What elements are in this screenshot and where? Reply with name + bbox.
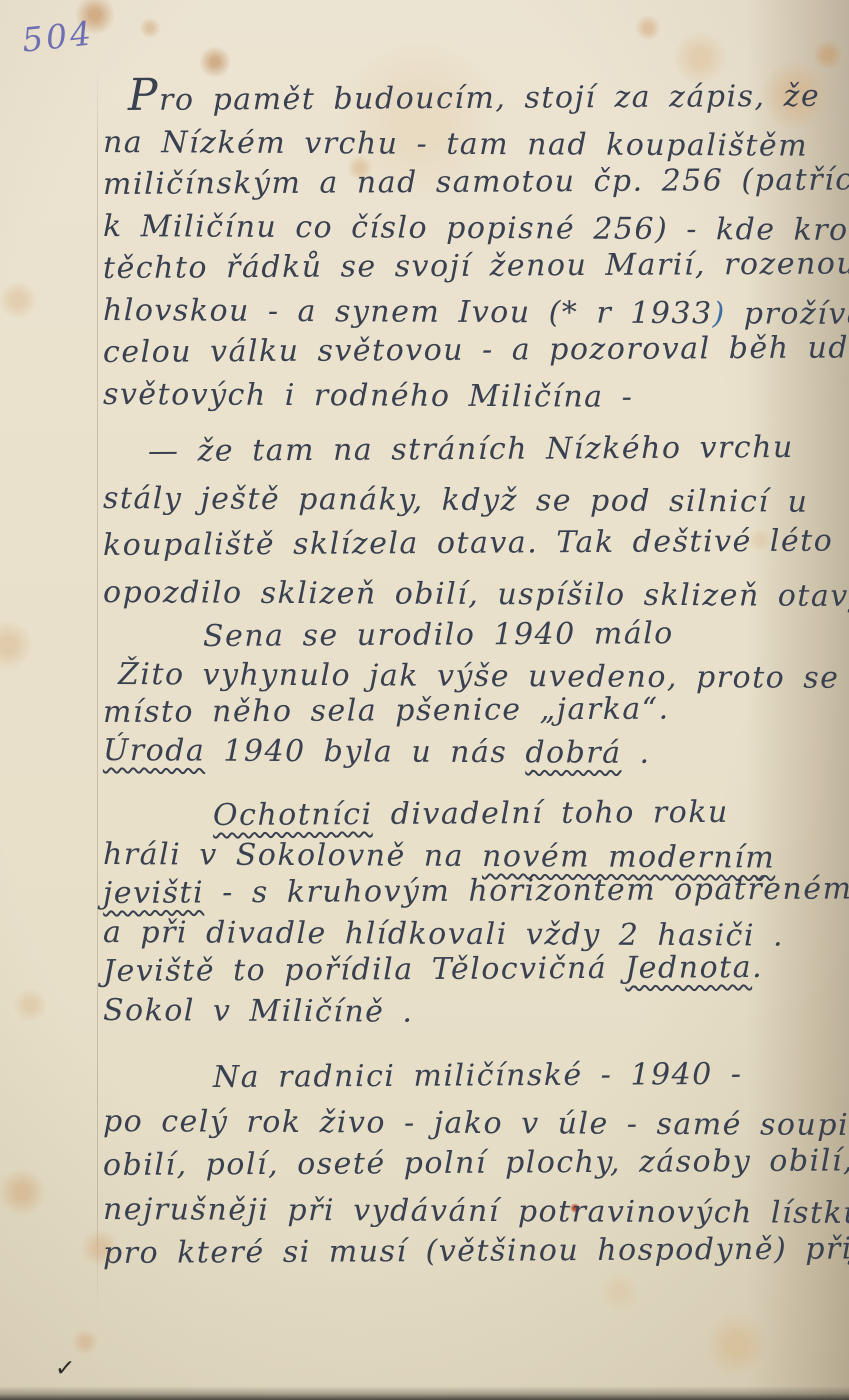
paragraph-intro: Pro pamět budoucím, stojí za zápis, žena… (103, 80, 845, 416)
handwritten-line: pro které si musí (většinou hospodyně) p… (103, 1227, 845, 1276)
text-segment: . (621, 736, 650, 771)
handwritten-line: opozdilo sklizeň obilí, uspíšilo sklizeň… (103, 569, 845, 620)
text-segment: koupaliště sklízela otava. Tak deštivé l… (103, 524, 834, 563)
text-segment: hráli v Sokolovně na (103, 837, 482, 874)
handwritten-line: jevišti - s kruhovým horizontem opatřené… (103, 869, 845, 913)
text-segment: — že tam na stráních Nízkého vrchu (148, 430, 794, 469)
text-segment: Úroda (103, 733, 205, 769)
text-segment: Sokol v Miličíně . (103, 993, 414, 1030)
paragraph-radnice-soupisy: Na radnici miličínské - 1940 -po celý ro… (103, 1056, 845, 1276)
text-segment: stály ještě panáky, když se pod silnicí … (103, 481, 809, 520)
text-segment: světových i rodného Miličína - (103, 377, 633, 415)
text-segment: ) (713, 296, 726, 331)
text-block: Pro pamět budoucím, stojí za zápis, žena… (103, 80, 845, 1276)
handwritten-line: obilí, polí, oseté polní plochy, zásoby … (103, 1139, 845, 1188)
handwritten-line: Pro pamět budoucím, stojí za zápis, že (128, 76, 845, 122)
paragraph-uroda-1940: Sena se urodilo 1940 máloŽito vyhynulo j… (103, 618, 845, 770)
text-segment: obilí, polí, oseté polní plochy, zásoby … (103, 1143, 849, 1183)
text-segment: Sena se urodilo 1940 málo (203, 616, 674, 654)
text-segment: P (128, 70, 159, 121)
text-segment: ro pamět budoucím, stojí za zápis, že (159, 79, 820, 118)
checkmark-annotation: ✓ (54, 1355, 76, 1380)
handwritten-line: Jeviště to pořídila Tělocvičná Jednota. (103, 947, 845, 991)
text-segment: miličínským a nad samotou čp. 256 (patří… (103, 162, 849, 202)
handwritten-line: miličínským a nad samotou čp. 256 (patří… (103, 159, 845, 206)
text-segment: Jeviště to pořídila Tělocvičná (103, 951, 625, 989)
margin-rule-line (97, 62, 98, 1312)
paragraph-panaky-na-stranich: — že tam na stráních Nízkého vrchustály … (103, 428, 845, 616)
page-bottom-edge-shadow (0, 1386, 849, 1400)
manuscript-page: 504 Pro pamět budoucím, stojí za zápis, … (0, 0, 849, 1400)
handwritten-line: celou válku světovou - a pozoroval běh u… (103, 327, 845, 374)
handwritten-line: Sena se urodilo 1940 málo (203, 614, 845, 656)
handwritten-line: Úroda 1940 byla u nás dobrá . (103, 732, 845, 774)
text-segment: hlovskou - a synem Ivou (* r 1933 (103, 293, 713, 331)
handwritten-line: koupaliště sklízela otava. Tak deštivé l… (103, 517, 845, 569)
handwritten-line: těchto řádků se svojí ženou Marií, rozen… (103, 243, 845, 290)
text-segment: těchto řádků se svojí ženou Marií, rozen… (103, 246, 849, 286)
handwritten-line: — že tam na stráních Nízkého vrchu (148, 424, 845, 475)
text-segment: opozdilo sklizeň obilí, uspíšilo sklizeň… (103, 575, 849, 614)
text-segment: k Miličínu co číslo popisné 256) - kde k… (103, 209, 849, 248)
handwritten-line: Ochotníci divadelní toho roku (213, 792, 845, 835)
page-number: 504 (20, 16, 95, 56)
text-segment: Na radnici miličínské - 1940 - (213, 1057, 743, 1095)
handwritten-line: Sokol v Miličíně . (103, 991, 845, 1034)
paragraph-ochotnici-divadlo: Ochotníci divadelní toho rokuhráli v Sok… (103, 796, 845, 1030)
text-segment: celou válku světovou - a pozoroval běh u… (103, 330, 849, 370)
text-segment: jevišti (103, 875, 204, 911)
text-segment: po celý rok živo - jako v úle - samé sou… (103, 1104, 849, 1143)
text-segment: nejrušněji při vydávání potravinových lí… (103, 1192, 849, 1231)
handwritten-line: Na radnici miličínské - 1940 - (213, 1052, 845, 1100)
text-segment: dobrá (525, 735, 621, 771)
handwritten-line: světových i rodného Miličína - (103, 374, 845, 420)
text-segment: Ochotníci (213, 797, 373, 833)
text-segment: Jednota (625, 950, 752, 986)
handwritten-line: místo něho sela pšenice „jarka“. (103, 689, 845, 732)
text-segment: - s kruhovým horizontem opatřeném (204, 871, 849, 910)
text-segment: pro které si musí (většinou hospodyně) p… (103, 1231, 849, 1271)
text-segment: divadelní toho roku (373, 795, 729, 832)
text-segment: na Nízkém vrchu - tam nad koupalištěm (103, 125, 808, 164)
text-segment: . (752, 950, 763, 985)
text-segment: 1940 byla u nás (205, 734, 525, 771)
text-segment: místo něho sela pšenice „jarka“. (103, 692, 670, 730)
